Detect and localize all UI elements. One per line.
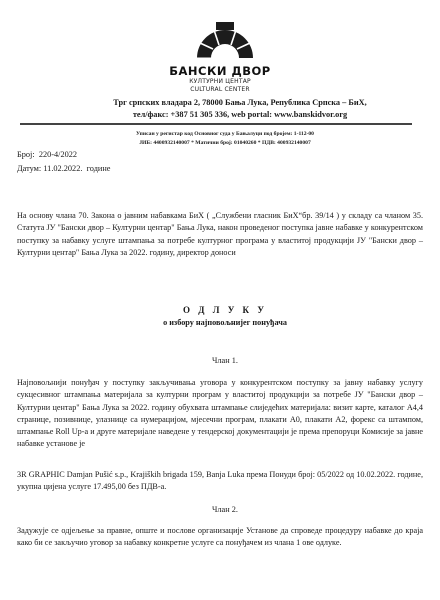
date-label: Датум:: [17, 164, 41, 173]
number-label: Број:: [17, 150, 35, 159]
article-2-paragraph: Задужује се одјељење за правне, опште и …: [17, 525, 423, 550]
document-number: Број: 220-4/2022: [17, 150, 77, 159]
arch-logo-icon: [195, 20, 255, 58]
contact-line: тел/факс: +387 51 305 336, web portal: w…: [0, 110, 440, 119]
decision-subtitle: о избору најповољнијег понуђача: [0, 318, 440, 327]
number-value: 220-4/2022: [39, 150, 77, 159]
address-line: Трг српских владара 2, 78000 Бања Лука, …: [0, 98, 440, 107]
registration-line-1: Уписан у регистар код Основног суда у Ба…: [0, 131, 440, 137]
article-2-heading: Члан 2.: [0, 505, 440, 514]
article-1-winner-paragraph: 3R GRAPHIC Damjan Pušić s.p., Krajiških …: [17, 469, 423, 494]
document-page: БАНСКИ ДВОР КУЛТУРНИ ЦЕНТАР CULTURAL CEN…: [0, 0, 440, 600]
header-divider: [20, 123, 412, 125]
article-1-paragraph: Најповољнији понуђач у поступку закључив…: [17, 377, 423, 451]
registration-line-2: ЈИБ: 4400932140007 * Матични број: 01040…: [0, 140, 440, 146]
brand-subtitle-cyrillic: КУЛТУРНИ ЦЕНТАР: [0, 78, 440, 85]
date-value: 11.02.2022.: [43, 164, 82, 173]
article-1-heading: Члан 1.: [0, 356, 440, 365]
preamble-paragraph: На основу члана 70. Закона о јавним наба…: [17, 210, 423, 259]
decision-title: О Д Л У К У: [0, 305, 440, 315]
document-date: Датум: 11.02.2022. године: [17, 164, 110, 173]
brand-name: БАНСКИ ДВОР: [0, 64, 440, 78]
date-suffix: године: [87, 164, 111, 173]
brand-subtitle-latin: CULTURAL CENTER: [0, 86, 440, 93]
